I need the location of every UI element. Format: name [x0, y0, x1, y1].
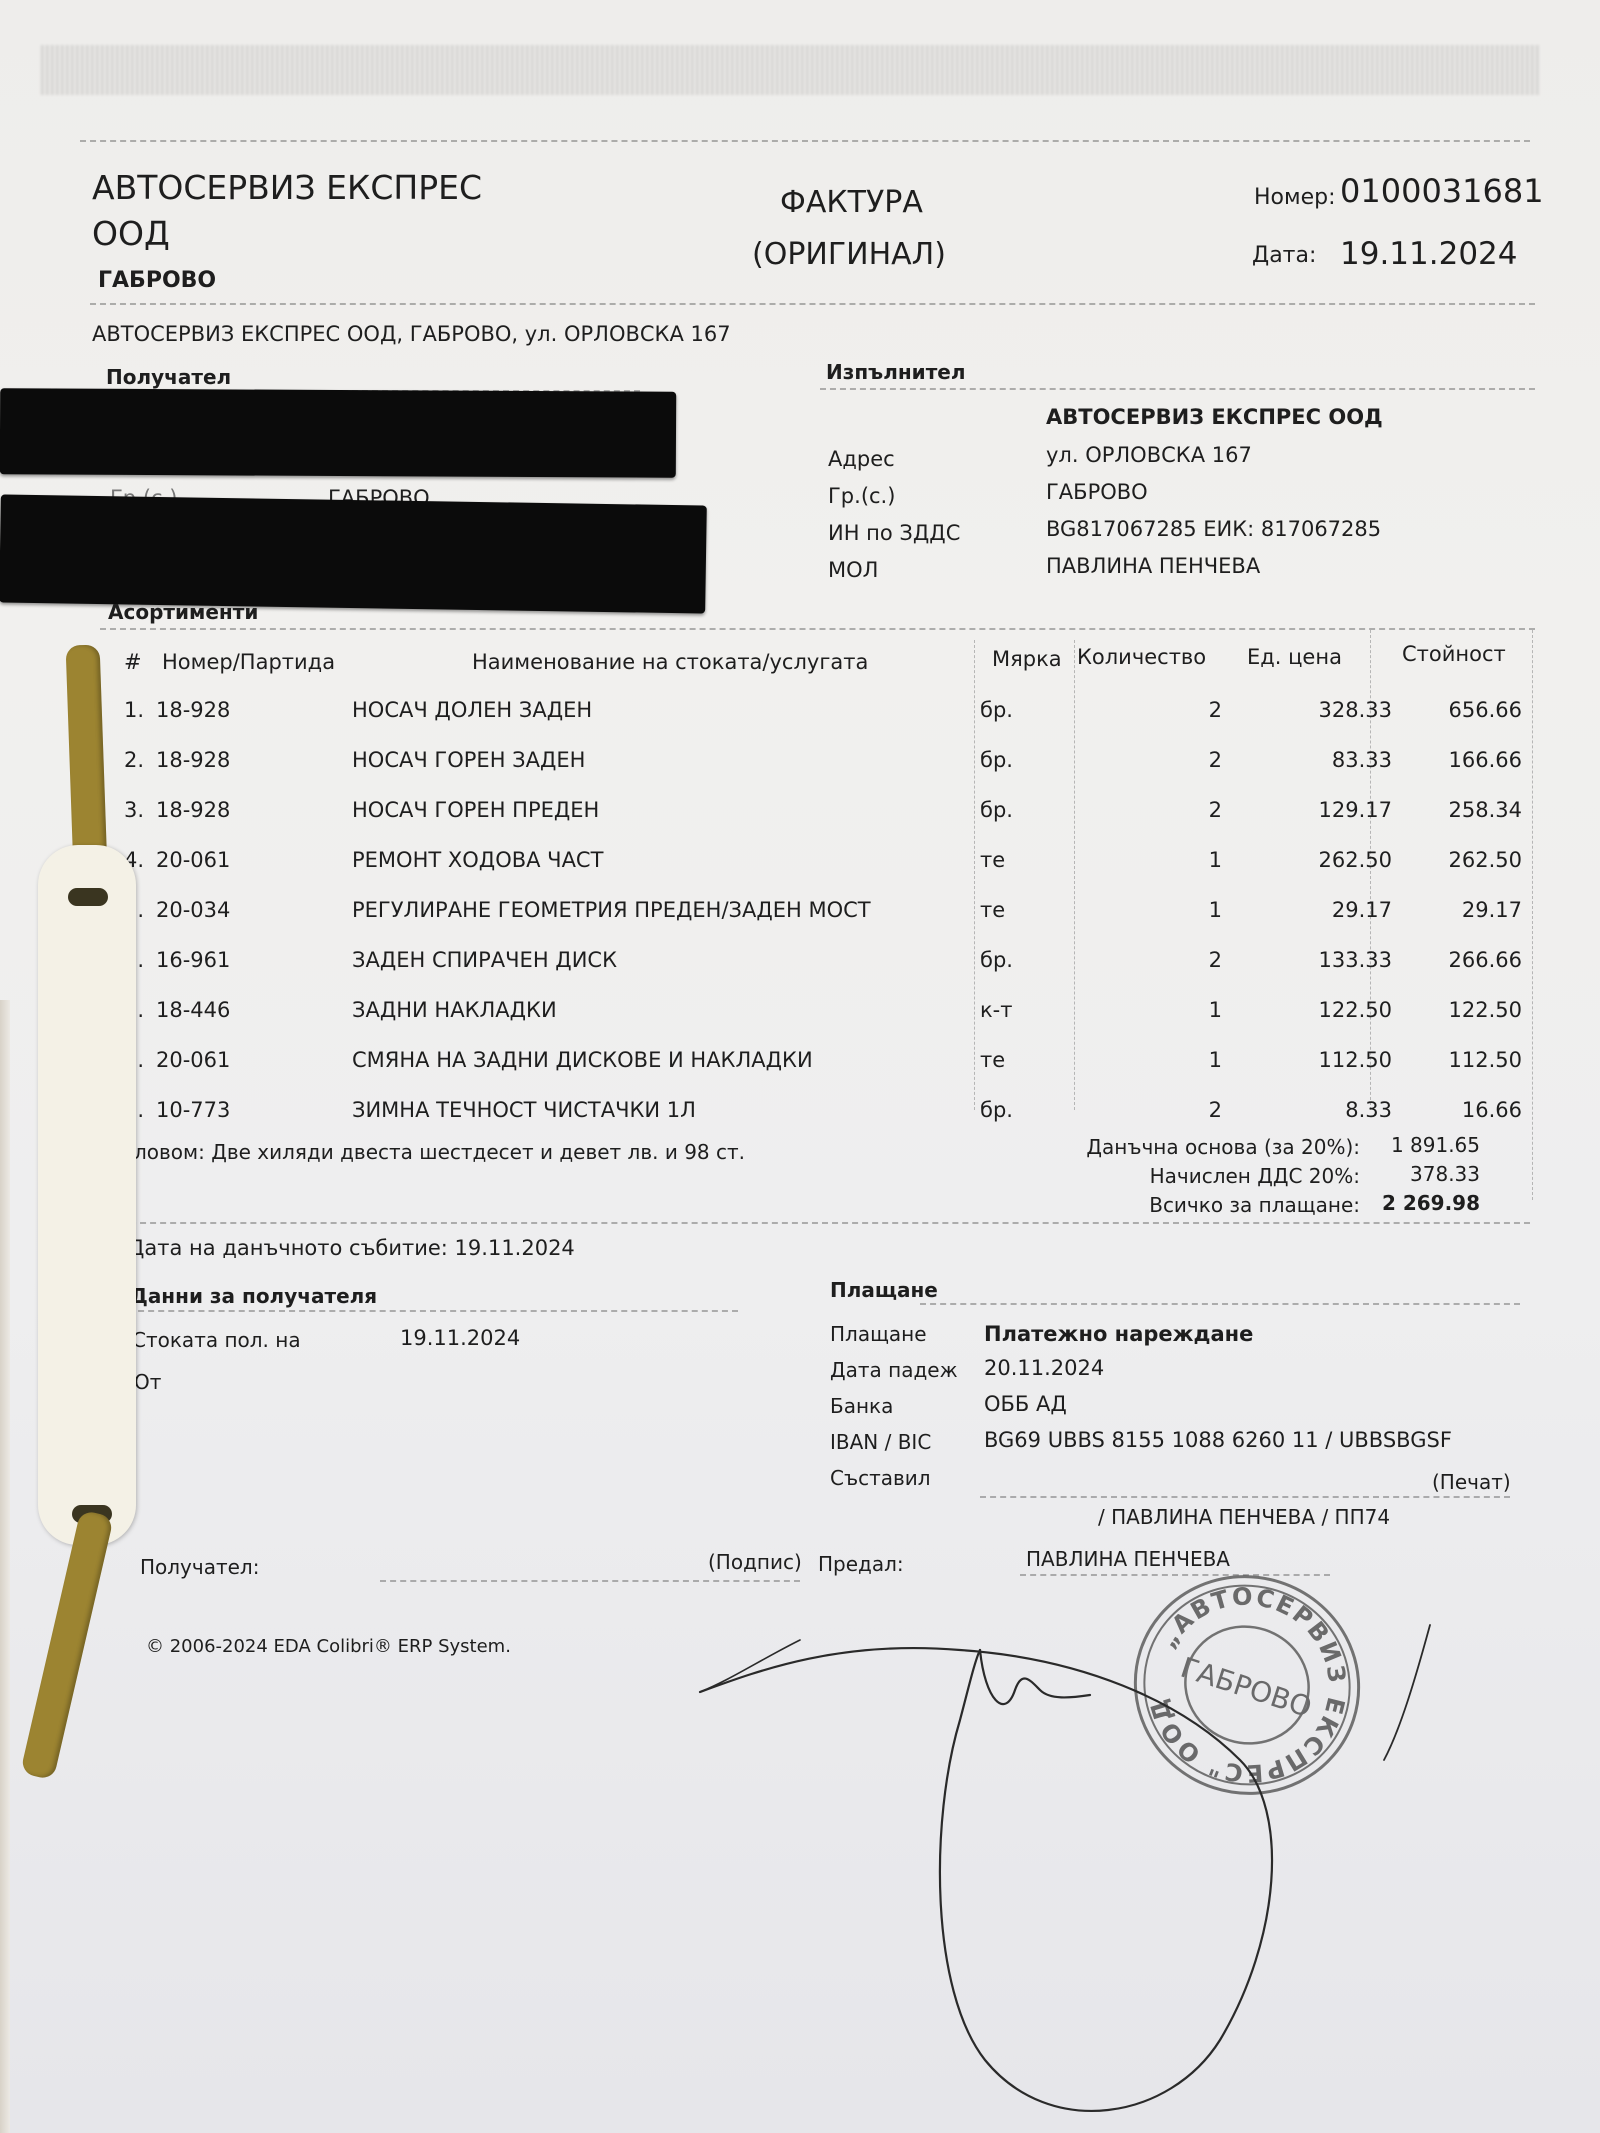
handwritten-signature — [700, 1625, 1430, 2111]
binder-hole — [68, 888, 108, 906]
stamp-center-text: ГАБРОВО — [1177, 1651, 1316, 1724]
stacked-pages-edge — [0, 1000, 10, 2133]
signature-stamp-overlay: ГАБРОВО „АВТОСЕРВИЗ ЕКСПРЕС" ООД — [0, 0, 1600, 2133]
company-stamp: ГАБРОВО „АВТОСЕРВИЗ ЕКСПРЕС" ООД — [1107, 1548, 1387, 1823]
invoice-sheet: АВТОСЕРВИЗ ЕКСПРЕС ООД ГАБРОВО ФАКТУРА (… — [0, 0, 1600, 2133]
binder-paper-strip — [38, 845, 136, 1545]
